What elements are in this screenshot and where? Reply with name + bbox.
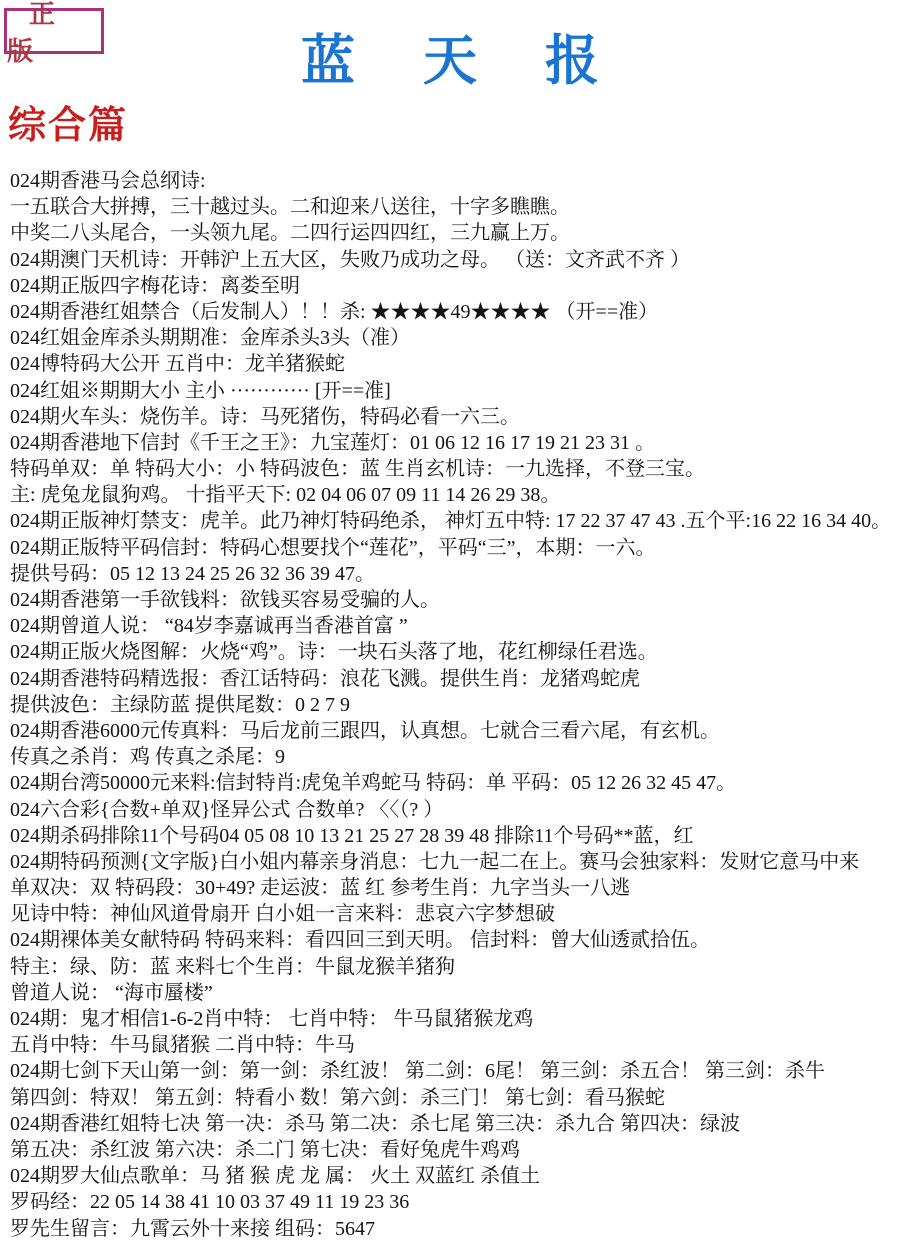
text-line: 024期火车头：烧伤羊。诗：马死猪伤，特码必看一六三。 — [10, 404, 898, 430]
text-line: 024红姐※期期大小 主小 ············ [开==准] — [10, 378, 898, 404]
text-line: 024期香港第一手欲钱料：欲钱买容易受骗的人。 — [10, 587, 898, 613]
text-line: 024期香港马会总纲诗: — [10, 168, 898, 194]
text-line: 024期罗大仙点歌单：马 猪 猴 虎 龙 属： 火土 双蓝红 杀值土 — [10, 1163, 898, 1189]
text-line: 五肖中特：牛马鼠猪猴 二肖中特：牛马 — [10, 1032, 898, 1058]
text-line: 024期香港红姐特七决 第一决：杀马 第二决：杀七尾 第三决：杀九合 第四决：绿… — [10, 1111, 898, 1137]
text-line: 024期台湾50000元来料:信封特肖:虎兔羊鸡蛇马 特码：单 平码：05 12… — [10, 770, 898, 796]
text-line: 024期正版特平码信封：特码心想要找个“莲花”，平码“三”，本期：一六。 — [10, 535, 898, 561]
text-line: 024期澳门天机诗：开韩沪上五大区，失败乃成功之母。 （送：文齐武不齐 ） — [10, 247, 898, 273]
text-line: 024期香港6000元传真料：马后龙前三跟四，认真想。七就合三看六尾，有玄机。 — [10, 718, 898, 744]
text-line: 提供号码：05 12 13 24 25 26 32 36 39 47。 — [10, 561, 898, 587]
text-line: 024红姐金库杀头期期准：金库杀头3头（准） — [10, 325, 898, 351]
body-text-block: 024期香港马会总纲诗:一五联合大拼搏，三十越过头。二和迎来八送往，十字多瞧瞧。… — [10, 168, 898, 1243]
text-line: 见诗中特：神仙风道骨扇开 白小姐一言来料：悲哀六字梦想破 — [10, 901, 898, 927]
text-line: 罗先生留言：九霄云外十来接 组码：5647 — [10, 1216, 898, 1242]
text-line: 024期裸体美女献特码 特码来料：看四回三到天明。 信封料：曾大仙透贰拾伍。 — [10, 927, 898, 953]
section-title: 综合篇 — [8, 94, 128, 149]
text-line: 024期七剑下天山第一剑：第一剑：杀红波！ 第二剑：6尾！ 第三剑：杀五合！ 第… — [10, 1058, 898, 1084]
text-line: 单双决：双 特码段：30+49? 走运波：蓝 红 参考生肖：九字当头一八逃 — [10, 875, 898, 901]
text-line: 提供波色：主绿防蓝 提供尾数：0 2 7 9 — [10, 692, 898, 718]
text-line: 罗码经：22 05 14 38 41 10 03 37 49 11 19 23 … — [10, 1189, 898, 1215]
text-line: 024期杀码排除11个号码04 05 08 10 13 21 25 27 28 … — [10, 823, 898, 849]
page-title: 蓝天报 — [0, 18, 900, 95]
text-line: 特码单双：单 特码大小：小 特码波色：蓝 生肖玄机诗：一九选择，不登三宝。 — [10, 456, 898, 482]
newspaper-page: 正版 蓝天报 综合篇 024期香港马会总纲诗:一五联合大拼搏，三十越过头。二和迎… — [0, 0, 900, 1243]
text-line: 第五决：杀红波 第六决：杀二门 第七决：看好兔虎牛鸡鸡 — [10, 1137, 898, 1163]
text-line: 一五联合大拼搏，三十越过头。二和迎来八送往，十字多瞧瞧。 — [10, 194, 898, 220]
text-line: 曾道人说： “海市蜃楼” — [10, 980, 898, 1006]
text-line: 第四剑：特双！ 第五剑：特看小 数！第六剑：杀三门！ 第七剑：看马猴蛇 — [10, 1085, 898, 1111]
text-line: 024期正版四字梅花诗：离娄至明 — [10, 273, 898, 299]
text-line: 024期香港地下信封《千王之王》：九宝莲灯：01 06 12 16 17 19 … — [10, 430, 898, 456]
text-line: 024期：鬼才相信1-6-2肖中特： 七肖中特： 牛马鼠猪猴龙鸡 — [10, 1006, 898, 1032]
text-line: 主: 虎兔龙鼠狗鸡。 十指平天下: 02 04 06 07 09 11 14 2… — [10, 482, 898, 508]
text-line: 024期香港红姐禁合（后发制人）！！杀: ★★★★49★★★★ （开==准） — [10, 299, 898, 325]
text-line: 024期香港特码精选报：香江话特码：浪花飞溅。提供生肖：龙猪鸡蛇虎 — [10, 666, 898, 692]
text-line: 024期曾道人说： “84岁李嘉诚再当香港首富 ” — [10, 613, 898, 639]
text-line: 024期特码预测{文字版}白小姐内幕亲身消息：七九一起二在上。赛马会独家料：发财… — [10, 849, 898, 875]
text-line: 特主：绿、防：蓝 来料七个生肖：牛鼠龙猴羊猪狗 — [10, 954, 898, 980]
text-line: 传真之杀肖：鸡 传真之杀尾：9 — [10, 744, 898, 770]
text-line: 中奖二八头尾合，一头领九尾。二四行运四四红，三九赢上万。 — [10, 220, 898, 246]
text-line: 024期正版火烧图解：火烧“鸡”。诗：一块石头落了地，花红柳绿任君选。 — [10, 639, 898, 665]
text-line: 024六合彩{合数+单双}怪异公式 合数单? 〈〈（? ） — [10, 797, 898, 823]
text-line: 024博特码大公开 五肖中：龙羊猪猴蛇 — [10, 351, 898, 377]
text-line: 024期正版神灯禁支：虎羊。此乃神灯特码绝杀， 神灯五中特: 17 22 37 … — [10, 508, 898, 534]
